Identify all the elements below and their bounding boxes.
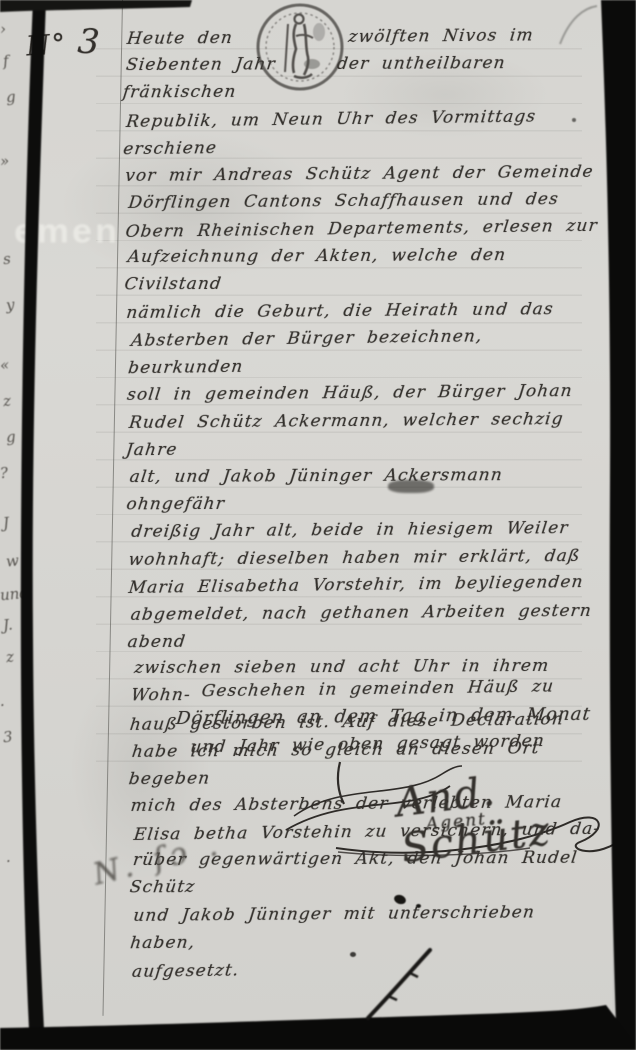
book-gutter-shadow	[21, 0, 46, 1050]
corner-flourish-mark	[560, 6, 597, 44]
stray-ink-stroke	[368, 950, 430, 1018]
bottom-edge-shadow	[0, 1005, 636, 1050]
scan-edges	[0, 0, 636, 1050]
right-edge-shadow	[601, 0, 636, 1050]
top-edge-shadow	[0, 0, 192, 12]
document-scan: ›fg»sy«zg?JwundJ.z·3· N° 3 Heute den zwö…	[0, 0, 636, 1050]
